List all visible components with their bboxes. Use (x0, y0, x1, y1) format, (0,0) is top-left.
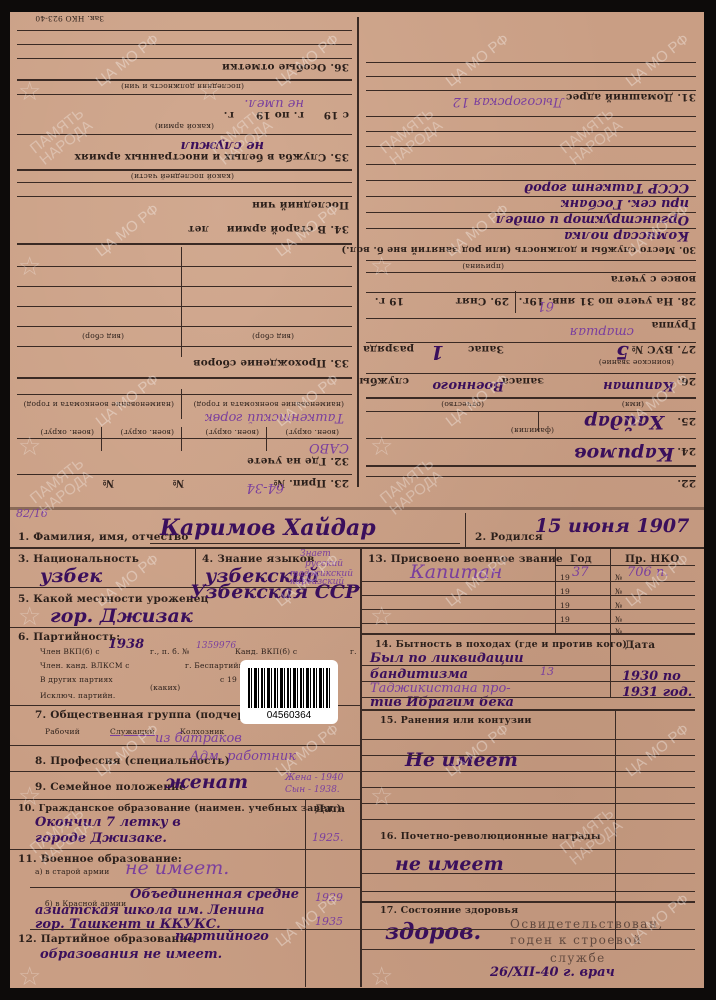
line (366, 196, 696, 197)
f17-label: 17. Состояние здоровья (380, 905, 518, 916)
line (362, 697, 695, 698)
line (366, 62, 696, 63)
line (366, 164, 696, 165)
line (465, 513, 466, 547)
f2-value: 15 июня 1907 (535, 515, 689, 537)
line (17, 474, 352, 475)
line (366, 228, 696, 229)
f14-value-2: бандитизма (370, 667, 468, 682)
line (362, 739, 695, 740)
f17-value: здоров. (385, 919, 481, 945)
line (17, 196, 352, 197)
f8-value: Адм. работник (190, 749, 296, 764)
f14-note: 13 (540, 665, 554, 678)
line (10, 627, 360, 628)
f25-label: 25. (677, 415, 696, 427)
f27-label: 27. ВУС № (631, 343, 696, 355)
line (362, 609, 695, 610)
line (366, 76, 696, 77)
f11-b-value-2: азиатская школа им. Ленина (35, 903, 265, 918)
group-label: Группа (651, 319, 696, 331)
column-divider (360, 547, 362, 987)
f35-pos-value: не имел. (244, 96, 304, 111)
f4-note-1: Знает (300, 549, 331, 559)
f1-value: Каримов Хайдар (160, 515, 376, 541)
f26-mid-value: Военного (432, 378, 504, 393)
f33-sub: (вид сбор) (82, 332, 124, 341)
line (366, 272, 696, 273)
f32-sub: (воен. округ) (40, 428, 94, 437)
f6-row4-prefix: Исключ. партийн. (40, 691, 115, 700)
f34-suffix: лет (188, 223, 209, 235)
archive-barcode-sticker: 04560364 (240, 660, 338, 724)
f7-option-worker: Рабочий (45, 727, 80, 736)
medical-stamp-line2: годен к строевой (510, 933, 642, 947)
line (362, 901, 695, 903)
f35-end: г. (224, 109, 235, 121)
doctor-signature: 26/XII-40 г. врач (490, 965, 615, 980)
f3-label: 3. Национальность (18, 553, 139, 565)
line (10, 849, 360, 850)
f30-value-2: Оргинструктор и отдел (496, 212, 689, 227)
f32-sub: (воен. округ) (285, 428, 339, 437)
line (366, 397, 696, 399)
line (17, 377, 352, 379)
f32-value: САВО (309, 440, 349, 455)
f26-label: 26. (677, 375, 696, 387)
unit-sub: (какой последней части) (131, 172, 234, 181)
line (555, 547, 556, 633)
f33-label: 33. Прохождение сборов (193, 357, 349, 369)
f27-vus: 5 (616, 341, 629, 363)
f36-label: 36. Особые отметки (222, 61, 349, 73)
f32-city-sub: (наименование военкомата и город) (23, 400, 174, 409)
f30-value-4: СССР Ташкент город (524, 180, 689, 195)
f25-value: Хайдар (584, 411, 664, 433)
f26-end: службы (359, 375, 409, 387)
f6-row1-mid: г., п. б. № (150, 647, 189, 656)
f23-num3: № (102, 477, 114, 489)
f14-label: 14. Бытность в походах (где и против ког… (375, 639, 627, 650)
line (366, 438, 696, 439)
f6-row1-prefix: Член ВКП(б) с (40, 647, 100, 656)
barcode-bars (248, 668, 330, 708)
f16-value: не имеет (395, 853, 504, 875)
line (615, 709, 616, 949)
f6-row2-prefix: Член. канд. ВЛКСМ с (40, 661, 130, 670)
line (17, 58, 352, 59)
line (362, 623, 695, 624)
line (10, 799, 360, 800)
line (362, 771, 695, 772)
f6-row3-suffix: с 19 (220, 675, 237, 684)
f10-date: 1925. (312, 831, 344, 844)
f27-category: 1 (431, 341, 444, 363)
f2-label: 2. Родился (475, 531, 543, 543)
f6-join-year: 1938 (108, 637, 144, 652)
date-header: Дата (315, 803, 345, 815)
f25-sub-patr: (отчество) (441, 400, 484, 409)
line (362, 819, 695, 820)
line (362, 949, 695, 950)
f35-value: не служил (181, 138, 264, 153)
f31-label: 31. Домашний адрес (566, 91, 696, 103)
line (17, 243, 352, 245)
year-header: Год (570, 553, 592, 565)
line (366, 212, 696, 213)
line (515, 291, 516, 313)
f32-city-value: Ташкентский горвк (205, 410, 344, 425)
f10-label: 10. Гражданское образование (наимен. уче… (18, 803, 341, 814)
f26-mid: запаса (502, 375, 544, 387)
deregistered-label: вовсе с учета (611, 273, 696, 285)
rank-year: 37 (572, 565, 589, 580)
line (362, 891, 695, 892)
line (538, 411, 539, 431)
line (181, 427, 182, 451)
f14-value-1: Был по ликвидации (370, 651, 524, 666)
f28-label: 28. На учете по 31 янв. 19 (529, 295, 696, 307)
f34-label: 34. В старой армии (227, 223, 349, 235)
f35-pos-sub: (последняя должность и чин) (121, 82, 244, 91)
f30-label: 30. Место службы и должность (или род за… (341, 244, 696, 255)
f30-value-3: при сек. Госбанк (561, 196, 689, 211)
line (362, 849, 695, 850)
f7-note: из батраков (155, 731, 242, 746)
f14-date-header: Дата (625, 639, 655, 651)
f35-from: с 19 (324, 109, 349, 121)
f29-label: 29. Снят (455, 295, 509, 307)
line (366, 373, 696, 374)
f9-value: женат (165, 771, 248, 793)
f6-row3-sub: (каких) (150, 683, 180, 692)
f10-value-2: городе Джизаке. (35, 831, 167, 846)
line (362, 803, 695, 804)
f13-value: Капитан (410, 561, 502, 583)
line (362, 787, 695, 788)
f35-sub: (какой армии) (155, 122, 214, 131)
line (17, 438, 352, 439)
f6-row1-suffix: Канд. ВКП(б) с (235, 647, 297, 656)
f32-sub: (воен. округ) (120, 428, 174, 437)
f6-label: 6. Партийность: (18, 631, 120, 643)
deregistered-sub: (причина) (462, 262, 504, 271)
line (362, 755, 695, 756)
line (366, 90, 696, 91)
f24-label: 24. (677, 445, 696, 457)
f27-mid: Запас (468, 343, 504, 355)
f15-value: Не имеет (405, 749, 518, 771)
line (17, 94, 352, 95)
line (366, 260, 696, 261)
f5-value-2: гор. Джизак (50, 605, 193, 627)
f11-a-label: а) в старой армии (35, 867, 109, 876)
f24-sub: (фамилия) (511, 426, 554, 435)
line (362, 873, 695, 874)
line (17, 182, 352, 183)
medical-stamp-line1: Освидетельствован, (510, 917, 664, 931)
f23-value: 64-34 (247, 480, 284, 495)
f11-a-value: не имеет. (125, 857, 229, 879)
line (366, 116, 696, 117)
line (17, 134, 352, 135)
f26-value: Капитан (603, 378, 674, 393)
f33-sub: (вид сбор) (252, 332, 294, 341)
line (366, 411, 696, 412)
f32-city-sub: (наименование военкомата и город) (193, 400, 344, 409)
line (266, 427, 267, 451)
f11-b-value-1: Объединенная средне (130, 887, 299, 902)
order-header: Пр. НКО (625, 553, 680, 565)
line (17, 306, 352, 307)
f12-value-1: партийного (175, 929, 269, 944)
line (181, 247, 182, 357)
personnel-record-card: 22. 24. Каримов (фамилия) 25. Хайдар (им… (10, 12, 704, 988)
line (17, 79, 352, 81)
f28-suffix: г. (519, 295, 530, 307)
line (366, 131, 696, 132)
line (362, 709, 695, 711)
line (17, 286, 352, 287)
line (17, 346, 352, 347)
f6-party-card: 1359976 (196, 641, 236, 651)
barcode-number: 04560364 (240, 710, 338, 721)
f6-row1-end: г. (350, 647, 357, 656)
f10-value-1: Окончил 7 летку в (35, 815, 181, 830)
line (362, 665, 695, 666)
line (17, 326, 352, 327)
f25-sub-name: (имя) (622, 400, 644, 409)
f12-value-2: образования не имеет. (40, 947, 222, 962)
line (366, 465, 696, 467)
f31-value: Лысогорская 12 (453, 94, 564, 109)
group-value: старшая (570, 324, 634, 339)
card-front-section: 82/16 1. Фамилия, имя, отчество Каримов … (10, 509, 704, 988)
line (17, 266, 352, 267)
f23-label: 23. Прип. № (273, 477, 349, 489)
f23-num2: № (172, 477, 184, 489)
line (362, 681, 695, 682)
f3-value: узбек (40, 565, 102, 587)
f4-note-2: русский (305, 559, 343, 569)
f11-b-date-1: 1929 (315, 891, 343, 904)
line (366, 342, 696, 343)
line (362, 595, 695, 596)
f5-label: 5. Какой местности уроженец (18, 593, 209, 605)
f11-b-date-2: 1935 (315, 915, 343, 928)
f24-value: Каримов (574, 443, 674, 465)
line (362, 633, 695, 635)
line (305, 799, 306, 987)
f32-label: 32. Где на учете (247, 455, 349, 467)
f5-value-1: Узбекская ССР (190, 581, 359, 603)
f15-label: 15. Ранения или контузии (380, 715, 532, 726)
line (17, 30, 352, 31)
last-rank-label: Последний чин (252, 199, 349, 211)
line (362, 581, 695, 582)
f32-sub: (воен. округ) (205, 428, 259, 437)
line (150, 543, 460, 544)
line (17, 394, 352, 395)
f7-option-employee: Служащий (110, 727, 155, 736)
f9-label: 9. Семейное положение (35, 781, 186, 793)
f29-suffix: 19 г. (375, 295, 404, 307)
f4-label: 4. Знание языков (202, 553, 315, 565)
f22-label: 22. (677, 477, 696, 489)
line (366, 180, 696, 181)
print-header: Зак. НКО 923-40 (35, 14, 104, 23)
line (10, 547, 704, 549)
f27-end: разряда (363, 343, 414, 355)
f16-label: 16. Почетно-революционные награды (380, 831, 601, 842)
f9-note-2: Сын - 1938. (285, 785, 340, 795)
f9-note-1: Жена - 1940 (285, 773, 343, 783)
f12-label: 12. Партийное образование (18, 933, 194, 945)
line (17, 44, 352, 45)
card-back-section: 22. 24. Каримов (фамилия) 25. Хайдар (им… (10, 12, 704, 507)
line (10, 745, 360, 746)
line (366, 476, 696, 477)
card-number: 82/16 (16, 507, 48, 520)
f14-value-3: Таджикистана про- (370, 681, 511, 696)
line (610, 547, 611, 697)
f6-row3-prefix: В других партиях (40, 675, 113, 684)
f30-value-1: Комиссар полка (564, 228, 689, 243)
line (366, 146, 696, 147)
rank-order: 706 п. (627, 565, 668, 580)
f28-value: 61 (537, 298, 554, 313)
line (366, 318, 696, 319)
medical-stamp-line3: службе (550, 951, 606, 965)
line (17, 169, 352, 171)
f26-sub: (воинское звание) (599, 358, 674, 367)
line (101, 427, 102, 451)
line (366, 292, 696, 293)
